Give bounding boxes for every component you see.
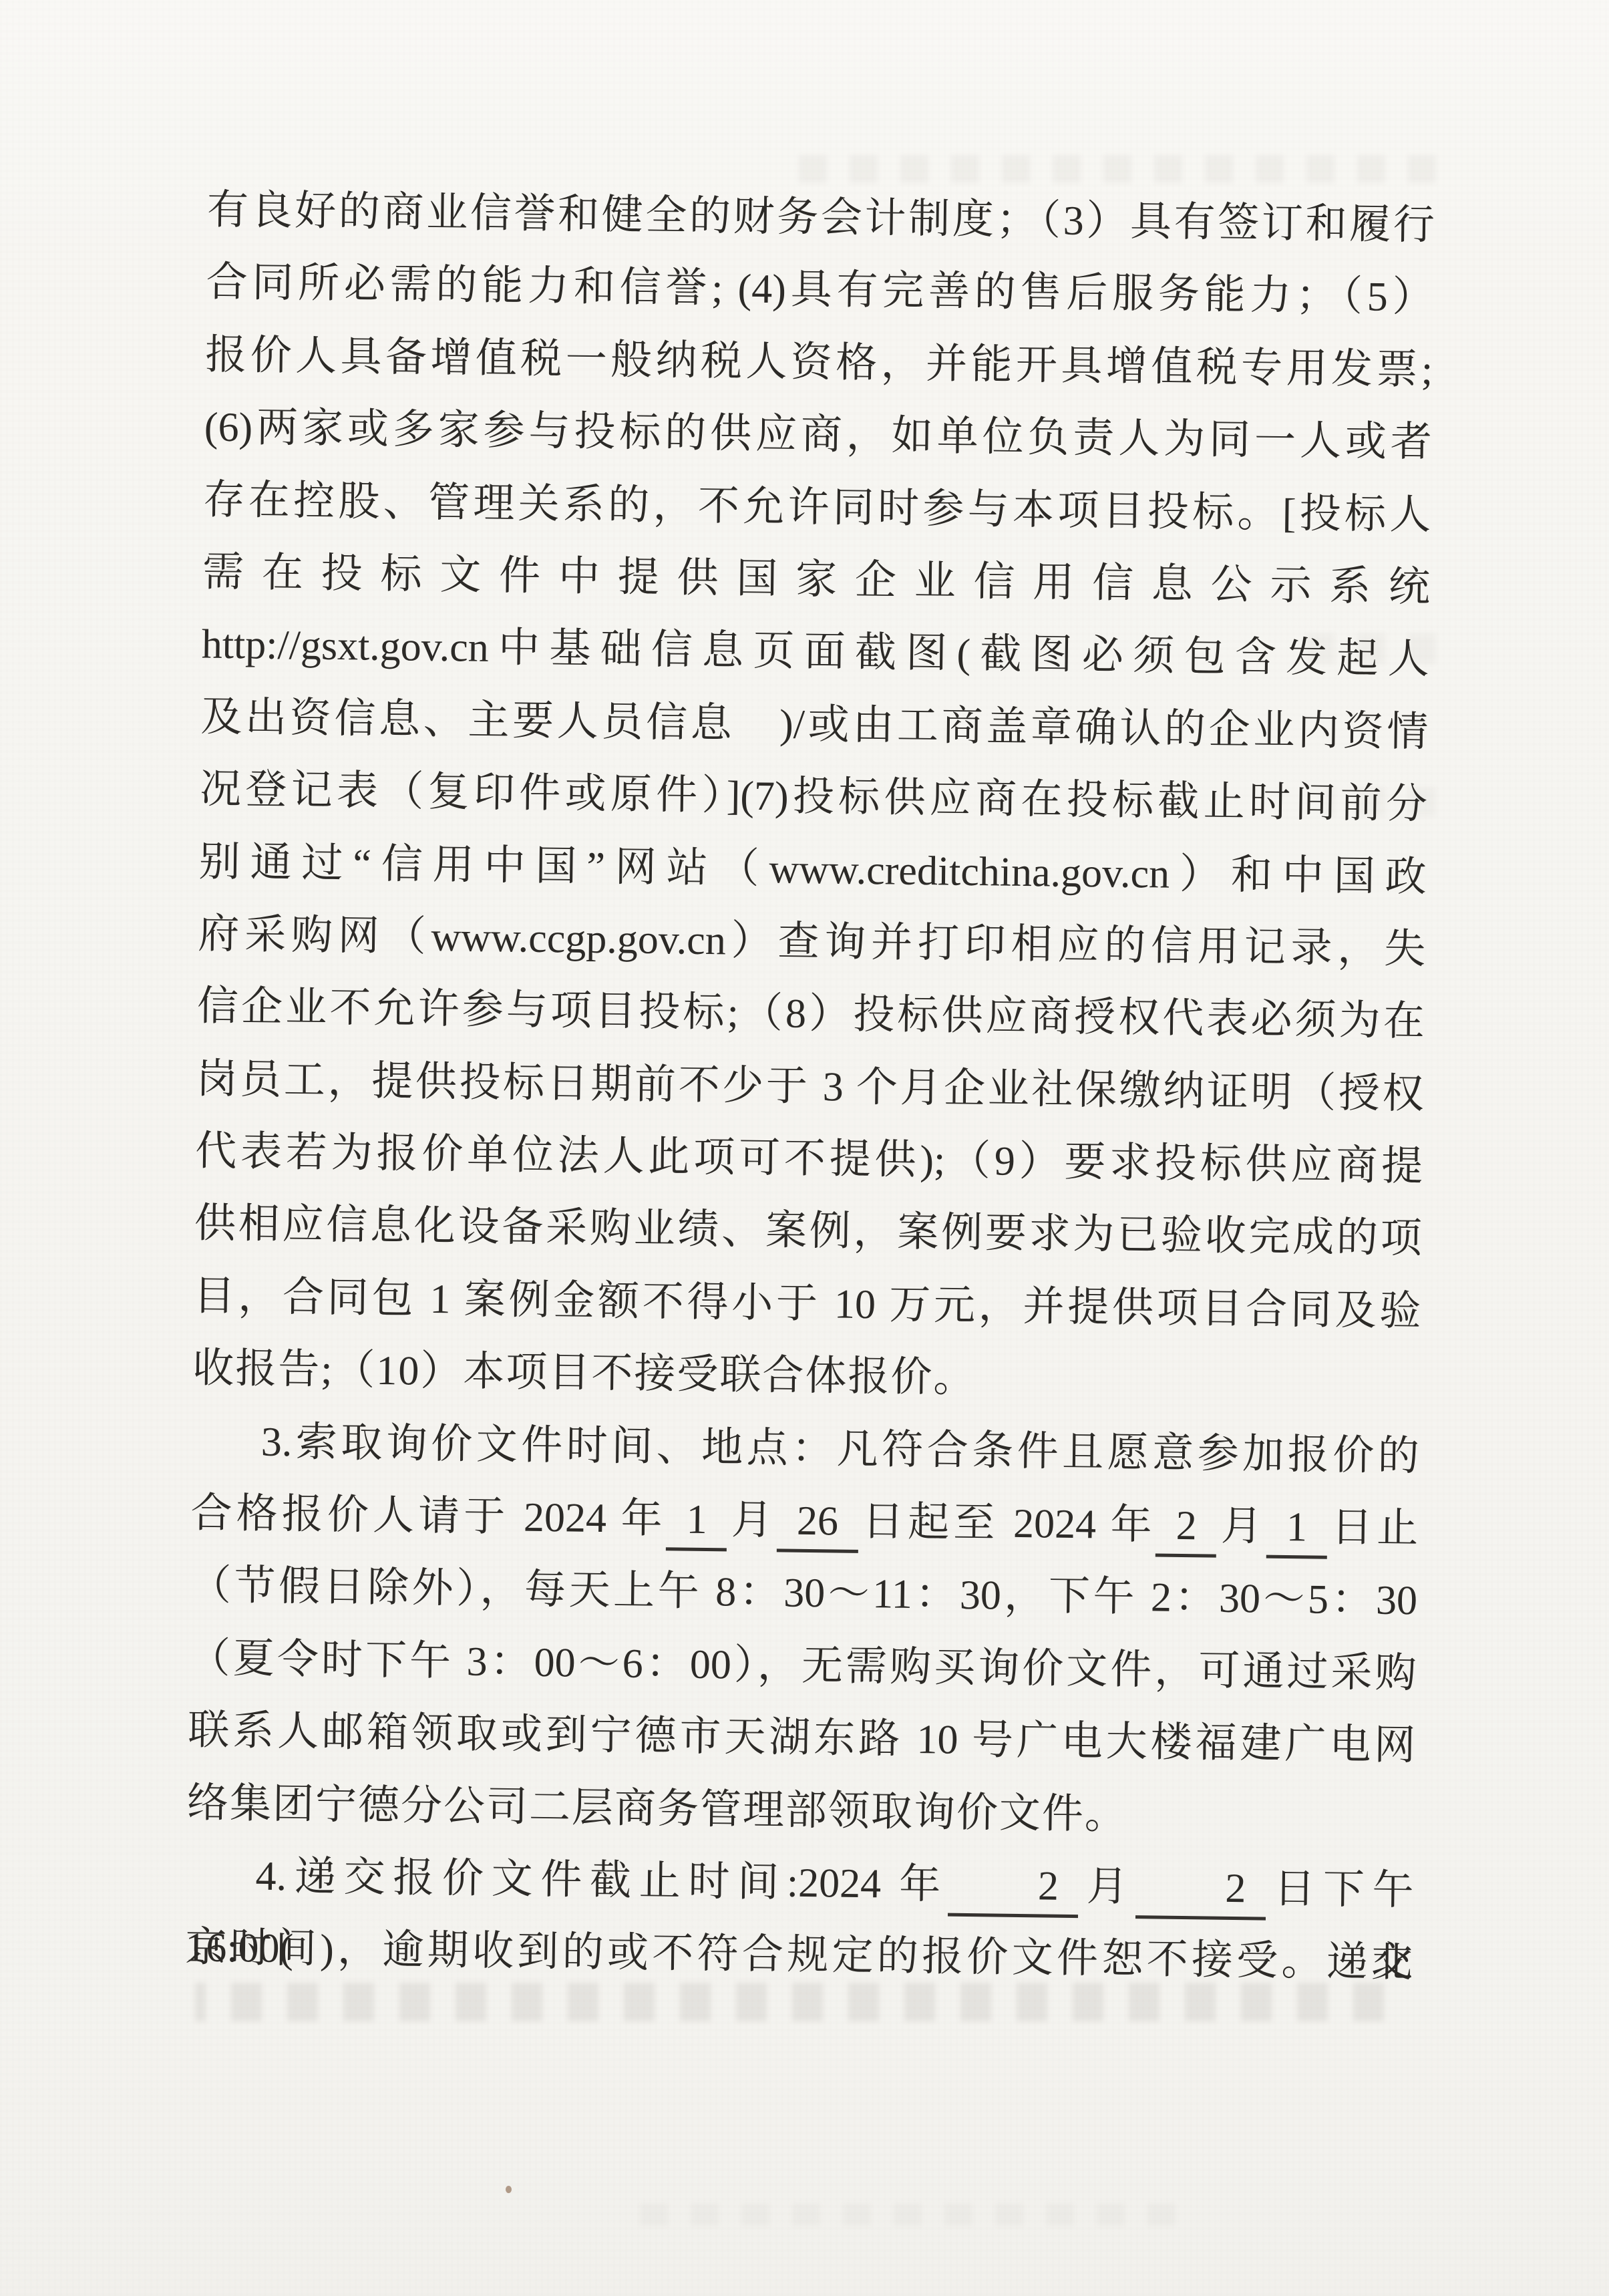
bleed-through-mark — [635, 2203, 1176, 2226]
underlined-blank: 1 — [1266, 1504, 1327, 1559]
text-segment: 月 — [1216, 1504, 1266, 1550]
underlined-blank: 2 — [1155, 1502, 1217, 1558]
underlined-blank: 2 — [1135, 1864, 1266, 1920]
text-segment: 月 — [1079, 1864, 1136, 1910]
scanned-document-page: 有良好的商业信誉和健全的财务会计制度；（3）具有签订和履行 合同所必需的能力和信… — [0, 0, 1609, 2296]
text-segment: 日止 — [1327, 1505, 1419, 1552]
underlined-blank: 2 — [948, 1862, 1079, 1918]
text-segment: 月 — [727, 1497, 777, 1543]
bleed-through-mark — [788, 155, 1436, 183]
text-segment: 4.递交报价文件截止时间:2024 年 — [255, 1854, 948, 1908]
underlined-blank: 1 — [666, 1496, 727, 1551]
underlined-blank: 26 — [776, 1497, 858, 1553]
text-segment: 合格报价人请于 2024 年 — [190, 1490, 667, 1542]
text-segment: 日起至 2024 年 — [858, 1499, 1157, 1548]
document-text-block: 有良好的商业信誉和健全的财务会计制度；（3）具有签订和履行 合同所必需的能力和信… — [185, 174, 1435, 2000]
ink-speck — [506, 2186, 512, 2193]
text-line: 京时间)，逾期收到的或不符合规定的报价文件恕不接受。递交 — [185, 1912, 1413, 1999]
